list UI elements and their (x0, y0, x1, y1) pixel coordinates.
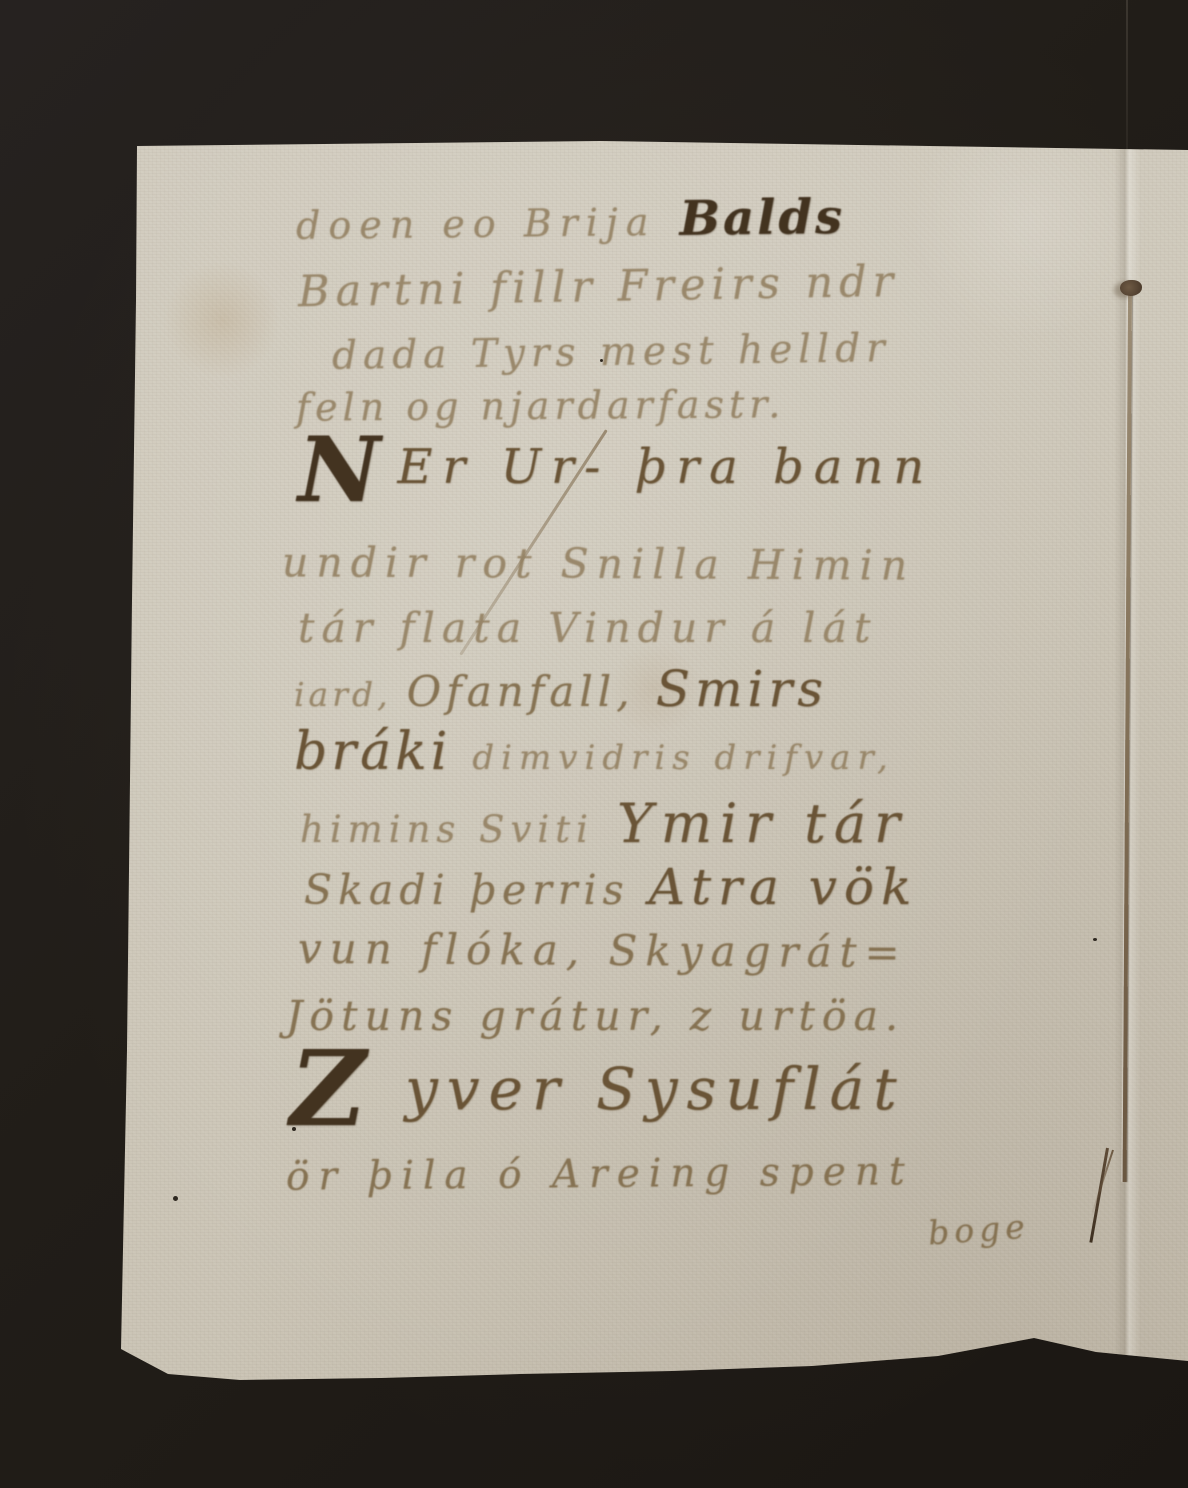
ink-speck (1093, 938, 1097, 941)
handwritten-line-6: undir rot Snilla Himin (282, 538, 915, 589)
handwritten-word: undir rot Snilla Himin (282, 538, 915, 589)
handwritten-line-16: boge (927, 1207, 1031, 1253)
handwritten-word: doen eo Brija (296, 200, 657, 248)
handwritten-word: Balds (679, 189, 845, 247)
handwritten-line-9: bráki dimvidris drifvar, (294, 722, 895, 782)
handwritten-word: boge (927, 1207, 1031, 1253)
handwritten-word: dada Tyrs mest helldr (332, 326, 891, 379)
handwritten-word: Ofanfall, (407, 667, 635, 716)
handwritten-line-11: Skadi þerris Atra vök (304, 858, 918, 916)
handwritten-line-5: N Er Ur- þra bann (298, 430, 934, 511)
handwritten-line-2: Bartni fillr Freirs ndr (298, 257, 900, 317)
handwritten-word: yver Sysuflát (405, 1055, 906, 1123)
manuscript-page: doen eo Brija Balds Bartni fillr Freirs … (0, 0, 1188, 1488)
photo-background: doen eo Brija Balds Bartni fillr Freirs … (0, 0, 1188, 1488)
handwritten-word: Bartni fillr Freirs ndr (298, 257, 900, 317)
handwritten-word: tár flata Vindur á lát (298, 604, 877, 652)
ink-speck (173, 1196, 178, 1201)
handwritten-word: Atra vök (649, 858, 919, 916)
handwritten-line-3: dada Tyrs mest helldr (332, 326, 891, 379)
handwritten-line-8: iard, Ofanfall, Smirs (294, 660, 828, 718)
handwritten-line-7: tár flata Vindur á lát (298, 604, 877, 652)
handwritten-line-10: himins Sviti Ymir tár (300, 792, 908, 855)
next-leaf-seam (1126, 0, 1128, 152)
handwritten-word: himins Sviti (300, 808, 594, 851)
handwritten-word: Ymir tár (617, 792, 908, 855)
handwritten-line-15: ör þila ó Areing spent (286, 1149, 914, 1199)
handwritten-word: Skadi þerris (304, 866, 630, 914)
handwritten-word: bráki (294, 722, 451, 782)
handwritten-word: Er Ur- þra bann (397, 439, 934, 495)
handwritten-line-14: Z yver Sysuflát (290, 1042, 906, 1136)
handwritten-initial: Z (290, 1042, 366, 1136)
handwritten-initial: N (298, 430, 380, 511)
handwritten-word: ör þila ó Areing spent (286, 1149, 914, 1199)
handwritten-word: iard, (294, 675, 392, 714)
handwritten-word: vun flóka, Skyagrát= (298, 924, 908, 977)
handwritten-word: Jötuns grátur, z urtöa. (286, 992, 905, 1040)
handwritten-line-13: Jötuns grátur, z urtöa. (286, 992, 905, 1040)
handwritten-word: dimvidris drifvar, (472, 738, 894, 778)
handwritten-line-1: doen eo Brija Balds (296, 189, 846, 251)
handwritten-word: Smirs (656, 660, 828, 718)
handwritten-line-12: vun flóka, Skyagrát= (298, 924, 908, 977)
